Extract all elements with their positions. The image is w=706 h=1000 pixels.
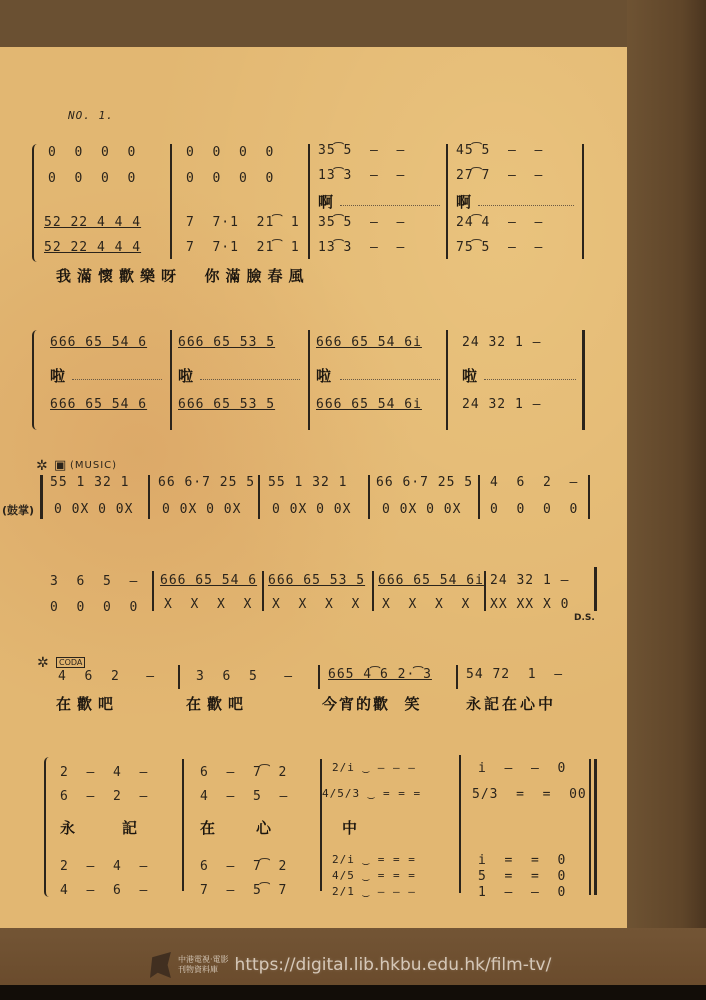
lyric-extender bbox=[340, 379, 440, 380]
library-name-line2: 刊物資料庫 bbox=[178, 965, 229, 975]
barline bbox=[320, 759, 322, 891]
melody-line: 665 4͡6 2·͡3 bbox=[328, 667, 432, 682]
system-1-brace bbox=[32, 144, 37, 262]
barline bbox=[262, 571, 264, 611]
system-6-brace bbox=[44, 757, 49, 897]
notes-line: 24 32 1 — bbox=[462, 397, 541, 412]
barline bbox=[459, 755, 461, 893]
notes-line: 75͡5 — — bbox=[456, 240, 543, 255]
melody-line: 66 6·7 25 5 bbox=[376, 475, 473, 490]
notes-line: 7 7·1 21͡ 1 bbox=[186, 215, 300, 230]
notes-line: 5/3 = = 00 bbox=[472, 787, 587, 802]
barline bbox=[368, 475, 370, 519]
notes-line: 666 65 54 6i bbox=[316, 397, 422, 412]
notes-line: 27͡7 — — bbox=[456, 168, 543, 183]
melody-line: 666 65 54 6i bbox=[378, 573, 484, 588]
melody-line: 54 72 1 — bbox=[466, 667, 563, 682]
notes-line: 2/i ‿ = = = bbox=[332, 853, 416, 866]
rhythm-line: 0 0 0 0 bbox=[490, 502, 578, 517]
melody-line: 3 6 5 — bbox=[50, 574, 138, 589]
lyric: 記 bbox=[122, 817, 143, 838]
melody-line: 4 6 2 — bbox=[490, 475, 578, 490]
lyric: 今宵的歡 笑 bbox=[322, 693, 421, 714]
notes-line: 2 — 4 — bbox=[60, 859, 148, 874]
notes-line: 666 65 54 6 bbox=[50, 335, 147, 350]
notes-line: 0 0 0 0 bbox=[48, 145, 136, 160]
lyric-extender bbox=[484, 379, 576, 380]
notes-line: 6 — 2 — bbox=[60, 789, 148, 804]
lyric: 在 bbox=[200, 817, 221, 838]
barline bbox=[148, 475, 150, 519]
notes-line: 6 — 7͡ 2 bbox=[200, 859, 287, 874]
notes-line: 4 — 5 — bbox=[200, 789, 288, 804]
score-page: NO. 1. 0 0 0 0 0 0 0 0 52 22 4 4 4 52 22… bbox=[0, 47, 627, 928]
barline bbox=[582, 144, 584, 259]
barline bbox=[170, 330, 172, 430]
notes-line: 2/i ‿ — — — bbox=[332, 761, 416, 774]
rhythm-line: X X X X bbox=[164, 597, 252, 612]
coda-label: CODA bbox=[56, 657, 85, 668]
library-name-line1: 中港電視·電影 bbox=[178, 955, 229, 965]
barline bbox=[40, 475, 43, 519]
barline bbox=[478, 475, 480, 519]
lyric: 啦 bbox=[316, 365, 337, 386]
notes-line: 4/5 ‿ = = = bbox=[332, 869, 416, 882]
barline bbox=[582, 330, 585, 430]
notes-line: 7 7·1 21͡ 1 bbox=[186, 240, 300, 255]
melody-line: 666 65 54 6 bbox=[160, 573, 257, 588]
barline bbox=[446, 144, 448, 259]
notes-line: 666 65 53 5 bbox=[178, 335, 275, 350]
scan-border-top bbox=[0, 0, 706, 47]
rhythm-line: X X X X bbox=[382, 597, 470, 612]
notes-line: 0 0 0 0 bbox=[48, 171, 136, 186]
barline bbox=[594, 567, 597, 611]
final-barline bbox=[594, 759, 597, 895]
melody-line: 666 65 53 5 bbox=[268, 573, 365, 588]
notes-line: 13͡3 — — bbox=[318, 168, 405, 183]
lyric-extender bbox=[340, 205, 440, 206]
ds-mark: D.S. bbox=[574, 613, 595, 623]
melody-line: 3 6 5 — bbox=[196, 669, 293, 684]
notes-line: 52 22 4 4 4 bbox=[44, 240, 141, 255]
barline bbox=[258, 475, 260, 519]
notes-line: 13͡3 — — bbox=[318, 240, 405, 255]
notes-line: 1 — — 0 bbox=[478, 885, 566, 900]
notes-line: 45͡5 — — bbox=[456, 143, 543, 158]
percussion-label: (鼓掌) bbox=[2, 502, 34, 518]
melody-line: 24 32 1 — bbox=[490, 573, 569, 588]
melody-line: 66 6·7 25 5 bbox=[158, 475, 255, 490]
barline bbox=[318, 665, 320, 689]
rhythm-line: 0 0X 0 0X bbox=[54, 502, 133, 517]
barline bbox=[182, 759, 184, 891]
lyric: 啦 bbox=[462, 365, 483, 386]
notes-line: 0 0 0 0 bbox=[186, 145, 274, 160]
rhythm-line: 0 0X 0 0X bbox=[162, 502, 241, 517]
notes-line: i = = 0 bbox=[478, 853, 566, 868]
lyric: 中 bbox=[342, 817, 363, 838]
notes-line: 24 32 1 — bbox=[462, 335, 541, 350]
music-score: NO. 1. 0 0 0 0 0 0 0 0 52 22 4 4 4 52 22… bbox=[0, 47, 627, 928]
notes-line: 35͡5 — — bbox=[318, 215, 405, 230]
notes-line: 666 65 54 6 bbox=[50, 397, 147, 412]
rhythm-line: 0 0X 0 0X bbox=[382, 502, 461, 517]
lyric: 心 bbox=[256, 817, 277, 838]
lyric-extender bbox=[72, 379, 162, 380]
section-label: (MUSIC) bbox=[70, 460, 117, 471]
barline bbox=[484, 571, 486, 611]
lyric: 啊 bbox=[456, 191, 477, 212]
lyric: 在歡吧 bbox=[56, 693, 119, 714]
melody-line: 55 1 32 1 bbox=[50, 475, 129, 490]
rhythm-line: XX XX X 0 bbox=[490, 597, 569, 612]
barline bbox=[178, 665, 180, 689]
coda-sign-icon: ✲ bbox=[37, 655, 49, 671]
lyric-extender bbox=[478, 205, 574, 206]
barline bbox=[152, 571, 154, 611]
lyric: 永 bbox=[60, 817, 81, 838]
lyric-extender bbox=[200, 379, 300, 380]
notes-line: 5 = = 0 bbox=[478, 869, 566, 884]
section-box-icon: ▣ bbox=[54, 458, 66, 473]
barline bbox=[372, 571, 374, 611]
lyric: 啦 bbox=[50, 365, 71, 386]
barline bbox=[446, 330, 448, 430]
barline bbox=[170, 144, 172, 259]
lyric: 啊 bbox=[318, 191, 339, 212]
scan-bottom-strip bbox=[0, 985, 706, 1000]
rhythm-line: 0 0 0 0 bbox=[50, 600, 138, 615]
notes-line: 4 — 6 — bbox=[60, 883, 148, 898]
barline bbox=[308, 330, 310, 430]
lyric: 在歡吧 bbox=[186, 693, 249, 714]
segno-icon: ✲ bbox=[36, 458, 48, 474]
notes-line: 35͡5 — — bbox=[318, 143, 405, 158]
page-number: NO. 1. bbox=[68, 109, 114, 122]
notes-line: 24͡4 — — bbox=[456, 215, 543, 230]
notes-line: 2/1 ‿ — — — bbox=[332, 885, 416, 898]
notes-line: 2 — 4 — bbox=[60, 765, 148, 780]
rhythm-line: 0 0X 0 0X bbox=[272, 502, 351, 517]
melody-line: 4 6 2 — bbox=[58, 669, 155, 684]
barline bbox=[308, 144, 310, 259]
notes-line: 0 0 0 0 bbox=[186, 171, 274, 186]
rhythm-line: X X X X bbox=[272, 597, 360, 612]
library-watermark: 中港電視·電影 刊物資料庫 https://digital.lib.hkbu.e… bbox=[150, 948, 551, 982]
notes-line: i — — 0 bbox=[478, 761, 566, 776]
lyrics-line: 我滿懷歡樂呀 你滿臉春風 bbox=[56, 265, 309, 286]
system-2-brace bbox=[32, 330, 37, 430]
final-barline bbox=[589, 759, 591, 895]
notes-line: 52 22 4 4 4 bbox=[44, 215, 141, 230]
scan-border-right bbox=[627, 0, 706, 1000]
notes-line: 666 65 53 5 bbox=[178, 397, 275, 412]
notes-line: 6 — 7͡ 2 bbox=[200, 765, 287, 780]
film-camera-logo-icon bbox=[150, 952, 172, 978]
barline bbox=[588, 475, 590, 519]
notes-line: 4/5/3 ‿ = = = bbox=[322, 787, 421, 800]
library-name: 中港電視·電影 刊物資料庫 bbox=[178, 955, 229, 975]
melody-line: 55 1 32 1 bbox=[268, 475, 347, 490]
library-url: https://digital.lib.hkbu.edu.hk/film-tv/ bbox=[235, 955, 552, 975]
notes-line: 666 65 54 6i bbox=[316, 335, 422, 350]
lyric: 永記在心中 bbox=[466, 693, 556, 714]
notes-line: 7 — 5͡ 7 bbox=[200, 883, 287, 898]
lyric: 啦 bbox=[178, 365, 199, 386]
barline bbox=[456, 665, 458, 689]
